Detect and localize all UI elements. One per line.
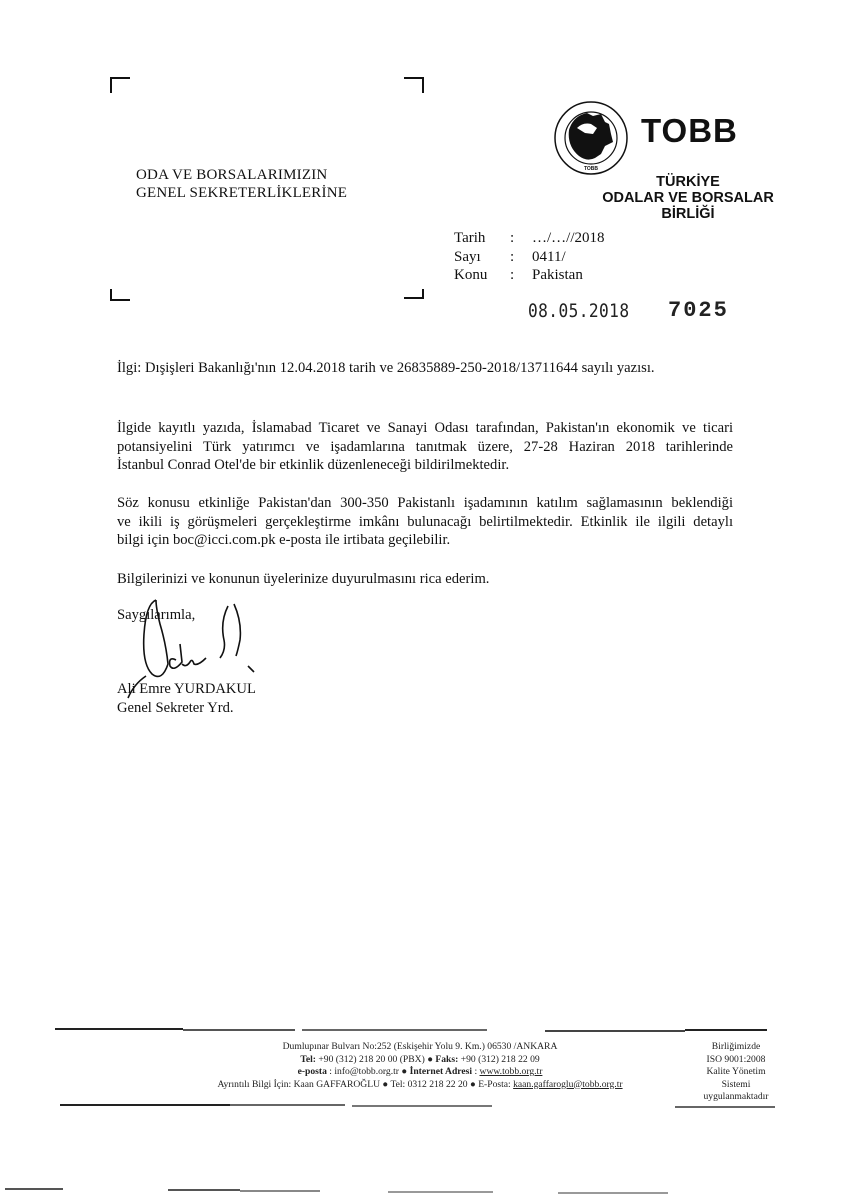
paragraph-1: İlgide kayıtlı yazıda, İslamabad Ticaret… <box>117 419 733 475</box>
paragraph-line: İlgide kayıtlı yazıda, İslamabad Ticaret… <box>117 419 733 438</box>
footer-rule <box>183 1029 295 1031</box>
scan-artifact <box>240 1190 320 1192</box>
organization-name: TÜRKİYE ODALAR VE BORSALAR BİRLİĞİ <box>593 174 783 222</box>
recipient-line: GENEL SEKRETERLİKLERİNE <box>136 184 347 202</box>
address-window-corner-bottom-left <box>110 289 130 301</box>
recipient-line: ODA VE BORSALARIMIZIN <box>136 166 347 184</box>
bullet-icon: ● <box>382 1079 388 1090</box>
footer-rule <box>55 1028 183 1030</box>
bullet-icon: ● <box>470 1079 476 1090</box>
bullet-icon: ● <box>401 1066 407 1077</box>
meta-value: 0411/ <box>532 248 566 267</box>
footer-contact: Dumlupınar Bulvarı No:252 (Eskişehir Yol… <box>170 1041 670 1091</box>
footer-rule <box>675 1106 775 1108</box>
meta-row-subject: Konu : Pakistan <box>454 266 605 285</box>
meta-value: Pakistan <box>532 266 583 285</box>
meta-label: Tarih <box>454 229 510 248</box>
fax-label: Faks: <box>435 1054 458 1065</box>
meta-row-number: Sayı : 0411/ <box>454 248 605 267</box>
bullet-icon: ● <box>427 1054 433 1065</box>
tel-value: +90 (312) 218 20 00 (PBX) <box>318 1054 424 1065</box>
meta-row-date: Tarih : …/…//2018 <box>454 229 605 248</box>
paragraph-3: Bilgilerinizi ve konunun üyelerinize duy… <box>117 570 733 589</box>
footer-address: Dumlupınar Bulvarı No:252 (Eskişehir Yol… <box>170 1041 670 1054</box>
meta-label: Sayı <box>454 248 510 267</box>
paragraph-line: bilgi için boc@icci.com.pk e-posta ile i… <box>117 531 733 550</box>
contact-email-label: E-Posta: <box>478 1079 511 1090</box>
email-link[interactable]: info@tobb.org.tr <box>334 1066 399 1077</box>
email-label: e-posta <box>298 1066 327 1077</box>
footer-online: e-posta : info@tobb.org.tr ● İnternet Ad… <box>170 1066 670 1079</box>
footer-rule <box>302 1029 487 1031</box>
letter-meta: Tarih : …/…//2018 Sayı : 0411/ Konu : Pa… <box>454 229 605 285</box>
meta-separator: : <box>510 248 532 267</box>
footer-rule <box>685 1029 767 1031</box>
footer-contact-person: Ayrıntılı Bilgi İçin: Kaan GAFFAROĞLU ● … <box>170 1079 670 1092</box>
contact-tel: Tel: 0312 218 22 20 <box>390 1079 467 1090</box>
reference-line: İlgi: Dışişleri Bakanlığı'nın 12.04.2018… <box>117 359 733 378</box>
scan-artifact <box>5 1188 63 1190</box>
address-window-corner-top-left <box>110 77 130 93</box>
meta-value: …/…//2018 <box>532 229 605 248</box>
scan-artifact <box>168 1189 240 1191</box>
meta-label: Konu <box>454 266 510 285</box>
signer-name: Ali Emre YURDAKUL <box>117 680 256 699</box>
iso-line: Sistemi <box>688 1079 784 1092</box>
iso-notice: Birliğimizde ISO 9001:2008 Kalite Yöneti… <box>688 1041 784 1104</box>
letterhead: TOBB TOBB TÜRKİYE ODALAR VE BORSALAR BİR… <box>553 100 783 210</box>
address-window-corner-bottom-right <box>404 289 424 299</box>
svg-text:TOBB: TOBB <box>584 166 598 172</box>
fax-value: +90 (312) 218 22 09 <box>461 1054 540 1065</box>
web-label: İnternet Adresi <box>410 1066 472 1077</box>
address-window-corner-top-right <box>404 77 424 93</box>
brand-name: TOBB <box>641 112 738 150</box>
tobb-seal-logo-icon: TOBB <box>553 100 629 176</box>
paragraph-line: potansiyelini Türk yatırımcı ve işadamla… <box>117 438 733 457</box>
footer-phones: Tel: +90 (312) 218 20 00 (PBX) ● Faks: +… <box>170 1054 670 1067</box>
recipient-block: ODA VE BORSALARIMIZIN GENEL SEKRETERLİKL… <box>136 166 347 202</box>
paragraph-line: Söz konusu etkinliğe Pakistan'dan 300-35… <box>117 494 733 513</box>
paragraph-2: Söz konusu etkinliğe Pakistan'dan 300-35… <box>117 494 733 550</box>
paragraph-line: ve ikili iş görüşmeleri gerçekleştirme i… <box>117 513 733 532</box>
signer-block: Ali Emre YURDAKUL Genel Sekreter Yrd. <box>117 680 256 718</box>
org-line: ODALAR VE BORSALAR <box>593 190 783 206</box>
org-line: BİRLİĞİ <box>593 206 783 222</box>
contact-email-link[interactable]: kaan.gaffaroglu@tobb.org.tr <box>513 1079 622 1090</box>
paragraph-line: İstanbul Conrad Otel'de bir etkinlik düz… <box>117 456 733 475</box>
iso-line: Kalite Yönetim <box>688 1066 784 1079</box>
signer-title: Genel Sekreter Yrd. <box>117 699 256 718</box>
meta-separator: : <box>510 229 532 248</box>
footer-rule <box>230 1104 345 1106</box>
scan-artifact <box>388 1191 493 1193</box>
scan-artifact <box>558 1192 668 1194</box>
iso-line: ISO 9001:2008 <box>688 1054 784 1067</box>
footer-rule <box>352 1105 492 1107</box>
stamp-date: 08.05.2018 <box>528 300 629 322</box>
stamp-number: 7025 <box>668 298 729 323</box>
iso-line: uygulanmaktadır <box>688 1091 784 1104</box>
meta-separator: : <box>510 266 532 285</box>
website-link[interactable]: www.tobb.org.tr <box>480 1066 543 1077</box>
tel-label: Tel: <box>300 1054 316 1065</box>
iso-line: Birliğimizde <box>688 1041 784 1054</box>
contact-person: Ayrıntılı Bilgi İçin: Kaan GAFFAROĞLU <box>217 1079 380 1090</box>
footer-rule <box>60 1104 230 1106</box>
org-line: TÜRKİYE <box>593 174 783 190</box>
footer-rule <box>545 1030 685 1032</box>
